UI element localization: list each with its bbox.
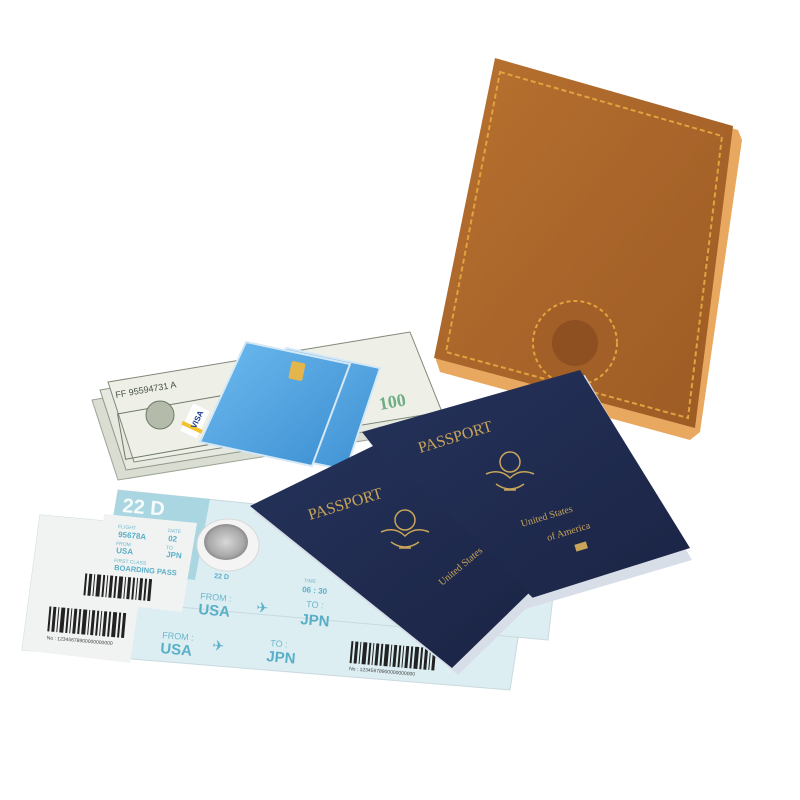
bp-bottom-to: JPN [266, 648, 297, 667]
bp-seat: 22 D [122, 495, 166, 521]
svg-text:JPN: JPN [166, 550, 183, 560]
bp-bottom-from: USA [160, 640, 193, 660]
product-scene: FF 95594731 A 100 VISA No : 123456789000… [0, 0, 800, 800]
svg-text:USA: USA [116, 546, 134, 556]
plane-icon: ✈ [212, 637, 225, 654]
svg-text:22 D: 22 D [214, 573, 229, 581]
svg-text:TO :: TO : [306, 599, 324, 610]
bp-date: 02 [168, 534, 178, 544]
airtag [197, 519, 259, 571]
svg-text:TIME: TIME [304, 578, 317, 585]
airtag-slot-hole [552, 320, 598, 366]
bp-top-to: JPN [300, 611, 331, 630]
plane-icon: ✈ [256, 599, 269, 616]
bp-top-from: USA [198, 601, 231, 621]
